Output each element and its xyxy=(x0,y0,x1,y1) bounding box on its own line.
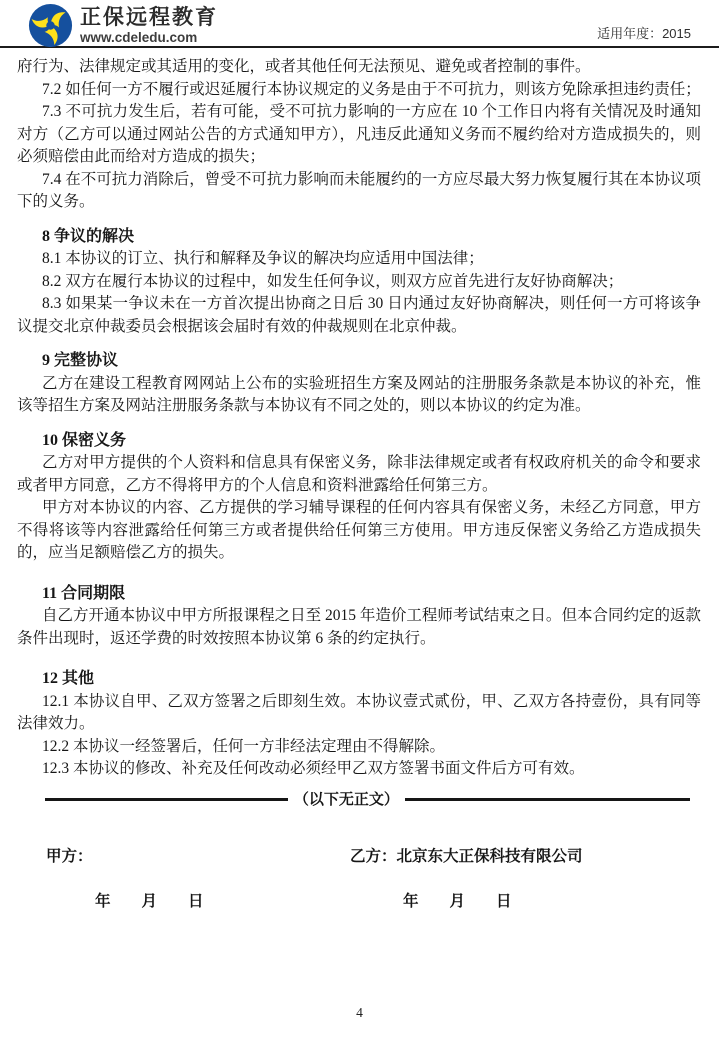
clause-7-3: 7.3 不可抗力发生后，若有可能，受不可抗力影响的一方应在 10 个工作日内将有… xyxy=(17,101,701,169)
applicable-year-label: 适用年度：2015 xyxy=(597,23,691,42)
page-header: 正保远程教育 www.cdeledu.com 适用年度：2015 xyxy=(0,0,719,48)
clause-8-1: 8.1 本协议的订立、执行和解释及争议的解决均应适用中国法律； xyxy=(17,248,701,271)
signature-parties-row: 甲方： 乙方：北京东大正保科技有限公司 xyxy=(17,845,701,868)
section-12-miscellaneous: 12 其他 12.1 本协议自甲、乙双方签署之后即刻生效。本协议壹式贰份，甲、乙… xyxy=(17,668,701,781)
separator-label: （以下无正文） xyxy=(288,789,405,812)
party-a-label: 甲方： xyxy=(17,845,350,868)
section-9-entire-agreement: 9 完整协议 乙方在建设工程教育网网站上公布的实验班招生方案及网站的注册服务条款… xyxy=(17,350,701,418)
section-10-paragraph-1: 乙方对甲方提供的个人资料和信息具有保密义务，除非法律规定或者有权政府机关的命令和… xyxy=(17,452,701,497)
brand-logo: 正保远程教育 www.cdeledu.com xyxy=(28,3,218,48)
clause-continuation-line: 府行为、法律规定或其适用的变化，或者其他任何无法预见、避免或者控制的事件。 xyxy=(17,56,701,79)
clause-12-1: 12.1 本协议自甲、乙双方签署之后即刻生效。本协议壹式贰份，甲、乙双方各持壹份… xyxy=(17,691,701,736)
section-10-paragraph-2: 甲方对本协议的内容、乙方提供的学习辅导课程的任何内容具有保密义务，未经乙方同意，… xyxy=(17,497,701,565)
clause-8-2: 8.2 双方在履行本协议的过程中，如发生任何争议，则双方应首先进行友好协商解决； xyxy=(17,271,701,294)
section-10-confidentiality: 10 保密义务 乙方对甲方提供的个人资料和信息具有保密义务，除非法律规定或者有权… xyxy=(17,430,701,565)
clause-8-3: 8.3 如果某一争议未在一方首次提出协商之日后 30 日内通过友好协商解决，则任… xyxy=(17,293,701,338)
brand-website: www.cdeledu.com xyxy=(80,30,218,46)
party-a-date-line: 年 月 日 xyxy=(17,890,350,913)
brand-name: 正保远程教育 xyxy=(80,6,218,30)
section-12-heading: 12 其他 xyxy=(17,668,701,691)
section-11-heading: 11 合同期限 xyxy=(17,583,701,606)
section-11-contract-term: 11 合同期限 自乙方开通本协议中甲方所报课程之日至 2015 年造价工程师考试… xyxy=(17,583,701,651)
party-b-date-line: 年 月 日 xyxy=(350,890,701,913)
page-number: 4 xyxy=(0,1005,719,1021)
clause-7-4: 7.4 在不可抗力消除后，曾受不可抗力影响而未能履约的一方应尽最大努力恢复履行其… xyxy=(17,169,701,214)
contract-document-page: 正保远程教育 www.cdeledu.com 适用年度：2015 府行为、法律规… xyxy=(0,0,719,1041)
section-11-paragraph: 自乙方开通本协议中甲方所报课程之日至 2015 年造价工程师考试结束之日。但本合… xyxy=(17,605,701,650)
section-9-heading: 9 完整协议 xyxy=(17,350,701,373)
section-9-paragraph: 乙方在建设工程教育网网站上公布的实验班招生方案及网站的注册服务条款是本协议的补充… xyxy=(17,373,701,418)
brand-globe-icon xyxy=(28,3,73,48)
brand-text-block: 正保远程教育 www.cdeledu.com xyxy=(80,6,218,46)
signature-dates-row: 年 月 日 年 月 日 xyxy=(17,890,701,913)
clause-12-3: 12.3 本协议的修改、补充及任何改动必须经甲乙双方签署书面文件后方可有效。 xyxy=(17,758,701,781)
clause-7-2: 7.2 如任何一方不履行或迟延履行本协议规定的义务是由于不可抗力，则该方免除承担… xyxy=(17,79,701,102)
section-8-dispute-resolution: 8 争议的解决 8.1 本协议的订立、执行和解释及争议的解决均应适用中国法律； … xyxy=(17,226,701,339)
contract-body: 府行为、法律规定或其适用的变化，或者其他任何无法预见、避免或者控制的事件。 7.… xyxy=(0,48,719,913)
signature-block: 甲方： 乙方：北京东大正保科技有限公司 年 月 日 年 月 日 xyxy=(17,845,701,913)
separator-rule-left xyxy=(45,798,288,801)
separator-rule-right xyxy=(405,798,690,801)
no-further-text-separator: （以下无正文） xyxy=(45,789,690,812)
section-10-heading: 10 保密义务 xyxy=(17,430,701,453)
party-b-label: 乙方：北京东大正保科技有限公司 xyxy=(350,845,701,868)
section-8-heading: 8 争议的解决 xyxy=(17,226,701,249)
clause-12-2: 12.2 本协议一经签署后，任何一方非经法定理由不得解除。 xyxy=(17,736,701,759)
